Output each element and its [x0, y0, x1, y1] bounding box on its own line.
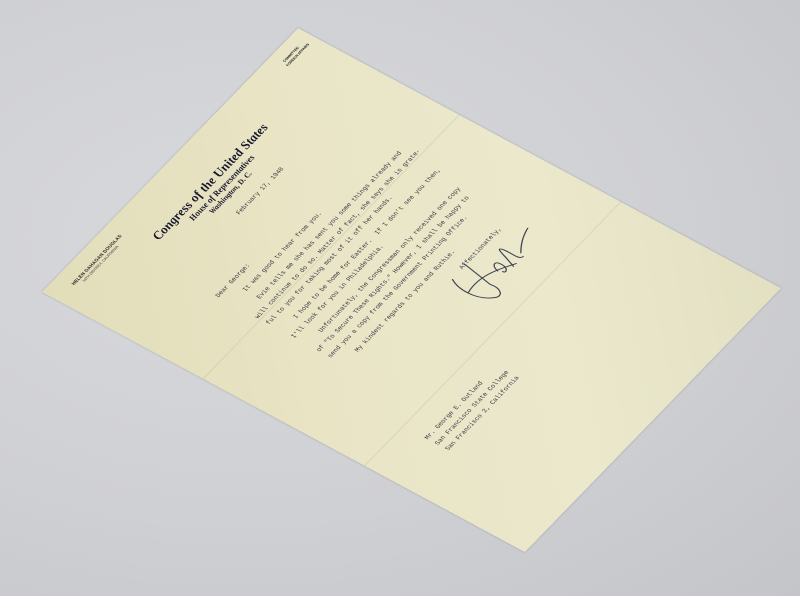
recipient-name: Mr. George E. Outland — [424, 381, 485, 441]
signature-icon — [433, 206, 566, 315]
letterhead-subtitle: House of Representatives — [89, 53, 354, 322]
letterhead-title: Congress of the United States — [76, 46, 346, 317]
letter-paper: HELEN GAHAGAN DOUGLAS 14TH DISTRICT, CAL… — [42, 28, 781, 552]
